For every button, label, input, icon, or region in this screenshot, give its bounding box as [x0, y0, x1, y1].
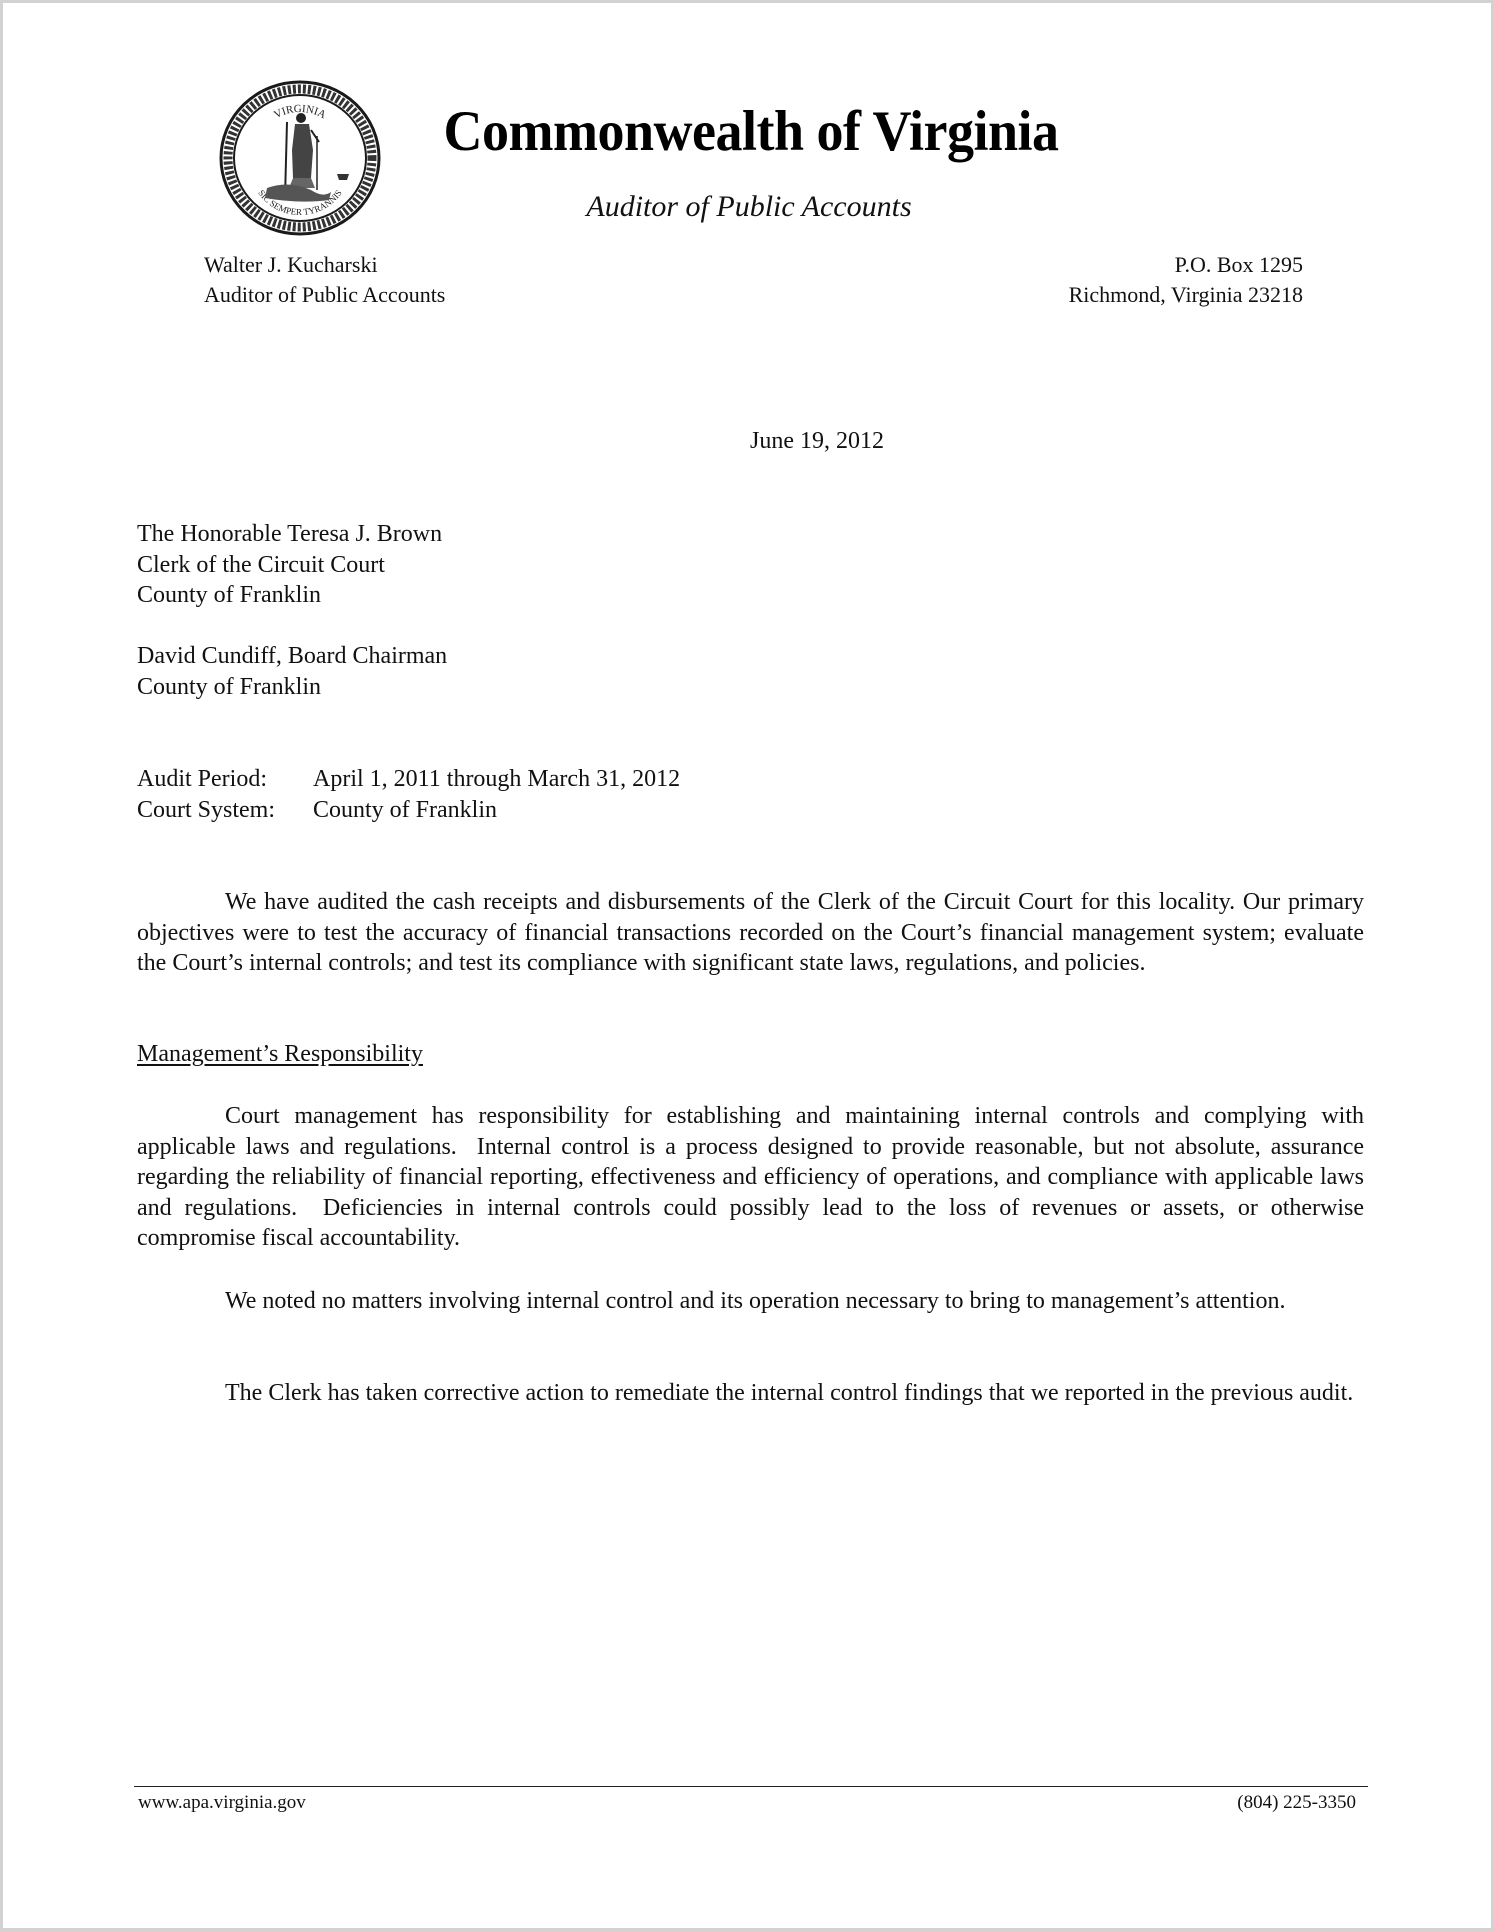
court-system-row: Court System: County of Franklin — [137, 795, 680, 826]
auditor-block: Walter J. Kucharski Auditor of Public Ac… — [204, 250, 445, 310]
address-line-1: P.O. Box 1295 — [1069, 250, 1303, 280]
recipient-line: The Honorable Teresa J. Brown — [137, 519, 442, 550]
letter-date: June 19, 2012 — [750, 426, 884, 457]
auditor-title: Auditor of Public Accounts — [204, 280, 445, 310]
recipient-line: County of Franklin — [137, 580, 442, 611]
auditor-name: Walter J. Kucharski — [204, 250, 445, 280]
court-system-value: County of Franklin — [313, 795, 497, 826]
document-page: VIRGINIA SIC SEMPER TYRANNIS Commonwealt… — [0, 0, 1494, 1931]
footer-website-link[interactable]: www.apa.virginia.gov — [138, 1791, 306, 1815]
audit-period-row: Audit Period: April 1, 2011 through Marc… — [137, 764, 680, 795]
paragraph-audit-scope: We have audited the cash receipts and di… — [137, 887, 1364, 979]
address-line-2: Richmond, Virginia 23218 — [1069, 280, 1303, 310]
audit-period-label: Audit Period: — [137, 764, 313, 795]
recipient-line: Clerk of the Circuit Court — [137, 550, 442, 581]
audit-period-value: April 1, 2011 through March 31, 2012 — [313, 764, 680, 795]
section-heading: Management’s Responsibility — [137, 1039, 423, 1070]
footer-divider — [134, 1786, 1368, 1787]
recipient-block-2: David Cundiff, Board Chairman County of … — [137, 641, 447, 702]
audit-info: Audit Period: April 1, 2011 through Marc… — [137, 764, 680, 825]
footer-phone: (804) 225-3350 — [1237, 1791, 1356, 1815]
virginia-seal-icon: VIRGINIA SIC SEMPER TYRANNIS — [219, 80, 381, 236]
recipient-line: County of Franklin — [137, 672, 447, 703]
paragraph-no-matters: We noted no matters involving internal c… — [137, 1286, 1364, 1317]
letterhead-subtitle: Auditor of Public Accounts — [503, 189, 995, 225]
address-block: P.O. Box 1295 Richmond, Virginia 23218 — [1069, 250, 1303, 310]
recipient-block-1: The Honorable Teresa J. Brown Clerk of t… — [137, 519, 442, 611]
court-system-label: Court System: — [137, 795, 313, 826]
letterhead-title: Commonwealth of Virginia — [435, 100, 1067, 163]
paragraph-management-responsibility: Court management has responsibility for … — [137, 1101, 1364, 1254]
recipient-line: David Cundiff, Board Chairman — [137, 641, 447, 672]
paragraph-corrective-action: The Clerk has taken corrective action to… — [137, 1378, 1364, 1409]
